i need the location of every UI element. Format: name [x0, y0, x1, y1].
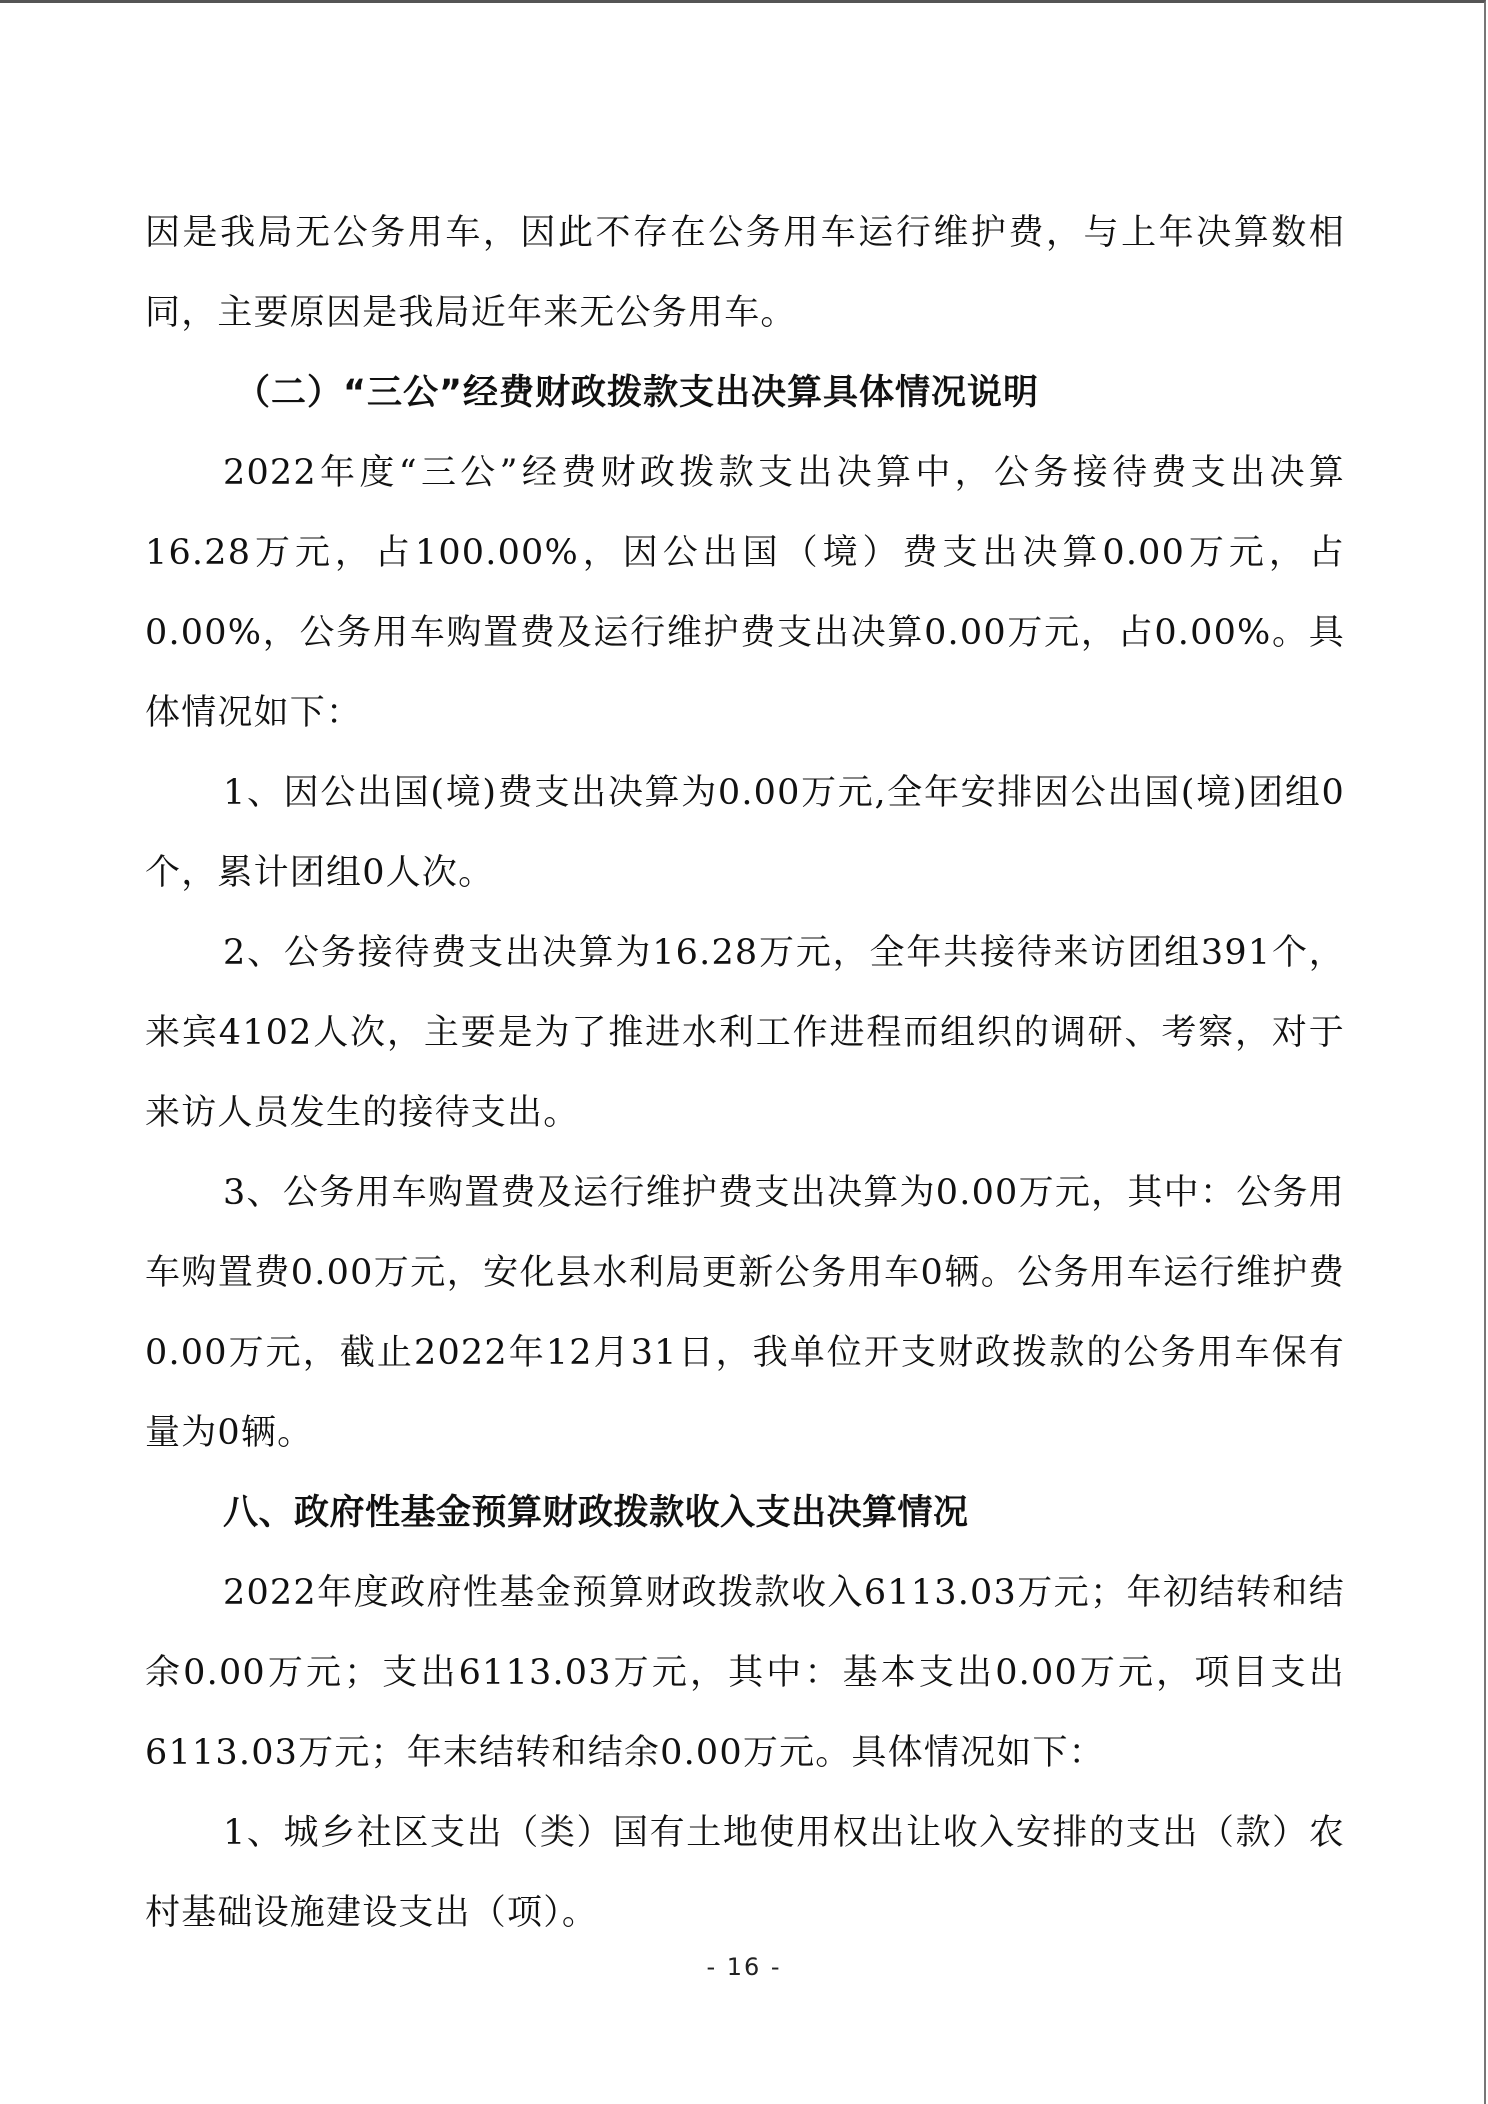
section-heading-government-fund: 八、政府性基金预算财政拨款收入支出决算情况	[145, 1473, 1345, 1553]
paragraph-government-fund-summary: 2022年度政府性基金预算财政拨款收入6113.03万元；年初结转和结余0.00…	[145, 1553, 1345, 1793]
page-number: - 16 -	[0, 1953, 1488, 1981]
paragraph-overseas-travel: 1、因公出国(境)费支出决算为0.00万元,全年安排因公出国(境)团组0个，累计…	[145, 753, 1345, 913]
paragraph-continuation: 因是我局无公务用车，因此不存在公务用车运行维护费，与上年决算数相同，主要原因是我…	[145, 193, 1345, 353]
paragraph-reception: 2、公务接待费支出决算为16.28万元，全年共接待来访团组391个，来宾4102…	[145, 913, 1345, 1153]
paragraph-urban-rural-expenditure: 1、城乡社区支出（类）国有土地使用权出让收入安排的支出（款）农村基础设施建设支出…	[145, 1793, 1345, 1953]
section-heading-sangong-details: （二）“三公”经费财政拨款支出决算具体情况说明	[145, 353, 1345, 433]
paragraph-sangong-summary: 2022年度“三公”经费财政拨款支出决算中，公务接待费支出决算16.28万元，占…	[145, 433, 1345, 753]
paragraph-vehicles: 3、公务用车购置费及运行维护费支出决算为0.00万元，其中：公务用车购置费0.0…	[145, 1153, 1345, 1473]
document-page: 因是我局无公务用车，因此不存在公务用车运行维护费，与上年决算数相同，主要原因是我…	[0, 0, 1486, 2104]
page-content: 因是我局无公务用车，因此不存在公务用车运行维护费，与上年决算数相同，主要原因是我…	[145, 193, 1345, 1953]
